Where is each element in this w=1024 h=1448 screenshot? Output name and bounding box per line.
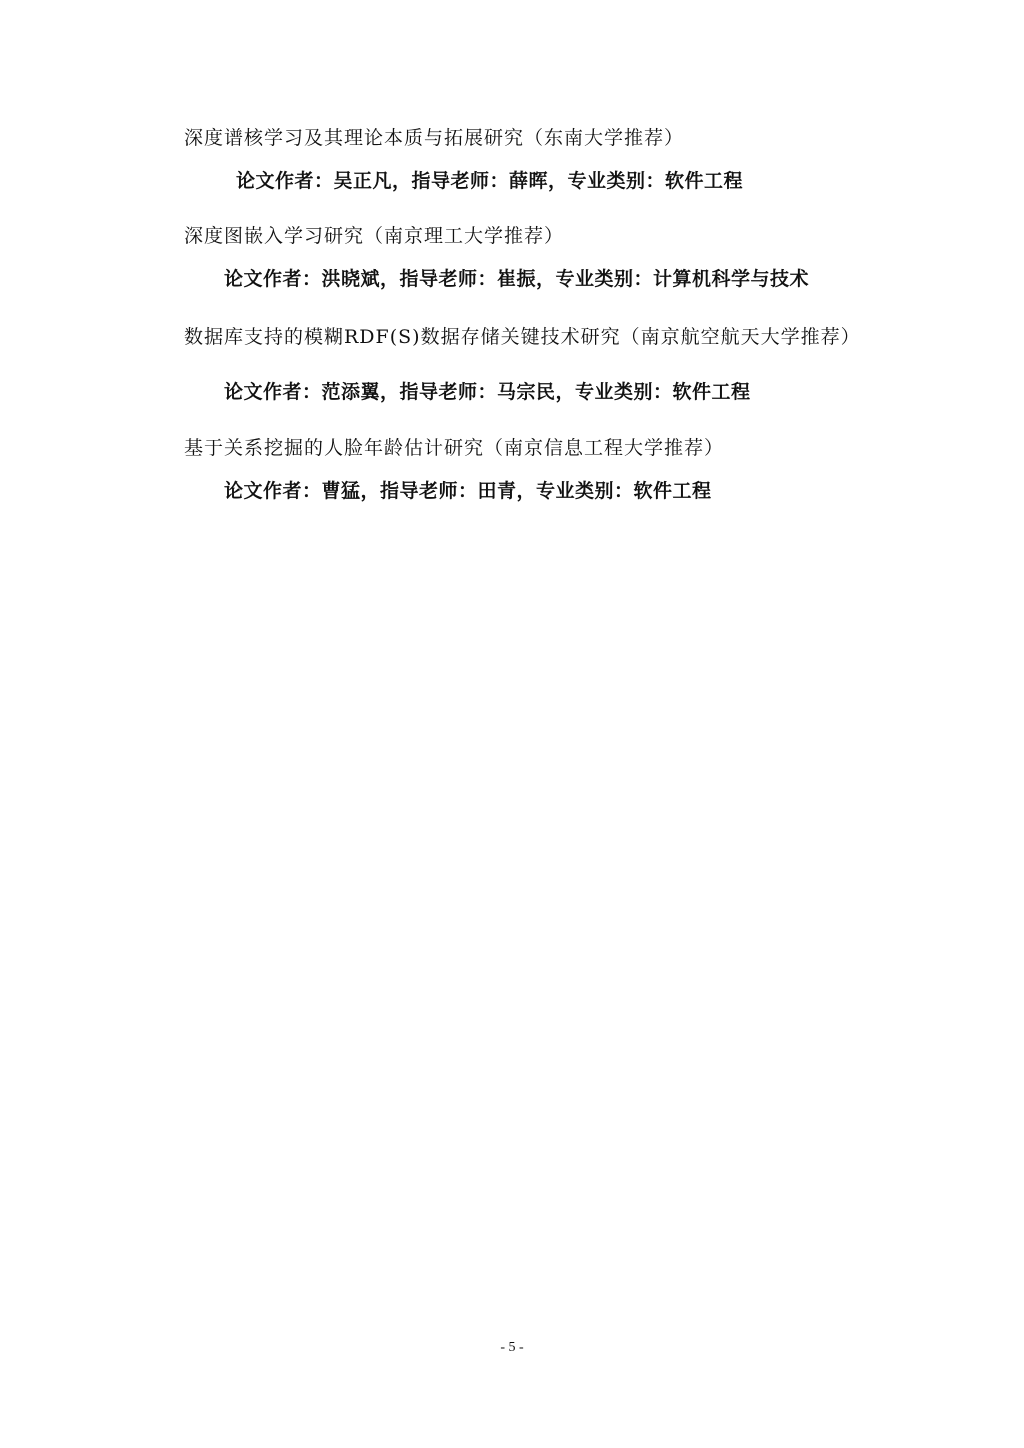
thesis-meta: 论文作者：吴正凡，指导老师：薛晖，专业类别：软件工程	[236, 169, 743, 193]
thesis-title: 深度图嵌入学习研究（南京理工大学推荐）	[184, 224, 564, 248]
thesis-meta: 论文作者：洪晓斌，指导老师：崔振，专业类别：计算机科学与技术	[224, 267, 809, 291]
thesis-title: 数据库支持的模糊RDF(S)数据存储关键技术研究（南京航空航天大学推荐）	[184, 325, 861, 349]
thesis-meta: 论文作者：范添翼，指导老师：马宗民，专业类别：软件工程	[224, 380, 751, 404]
thesis-title: 深度谱核学习及其理论本质与拓展研究（东南大学推荐）	[184, 126, 684, 150]
thesis-title: 基于关系挖掘的人脸年龄估计研究（南京信息工程大学推荐）	[184, 436, 724, 460]
page-number: - 5 -	[0, 1340, 1024, 1356]
thesis-meta: 论文作者：曹猛，指导老师：田青，专业类别：软件工程	[224, 479, 712, 503]
